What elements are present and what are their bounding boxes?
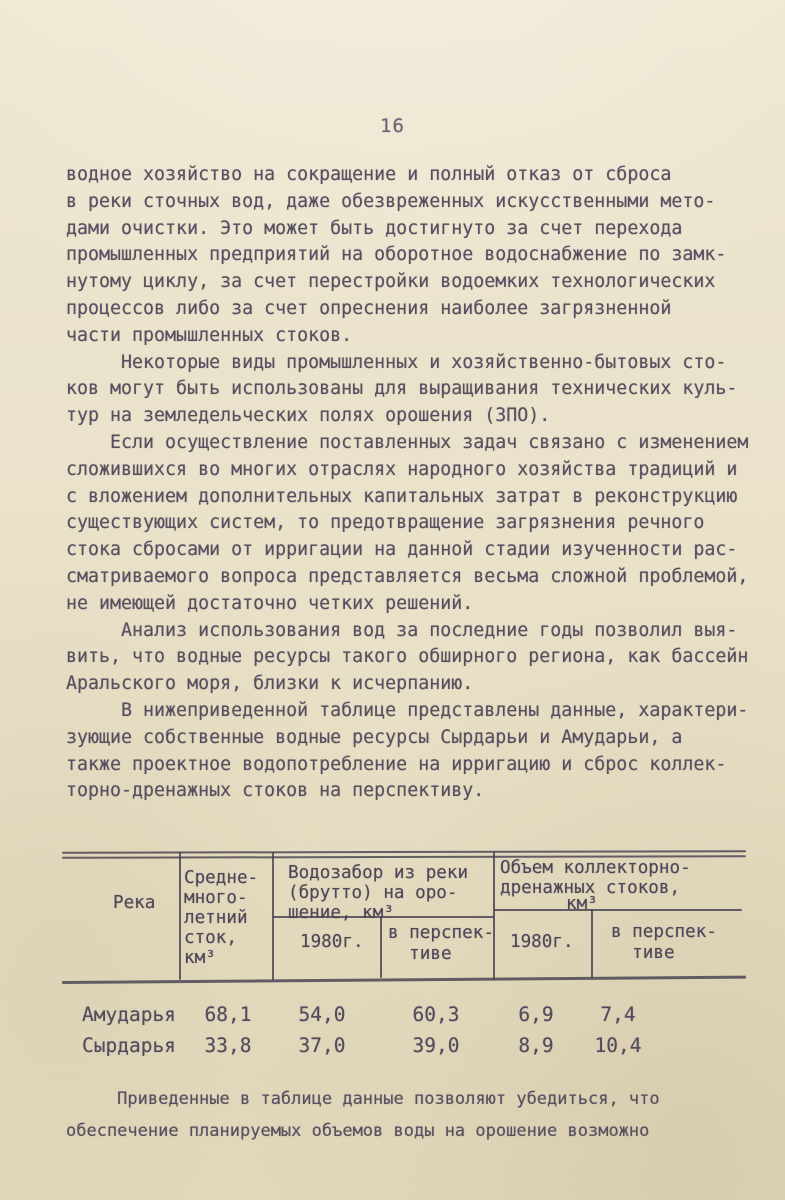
table-vline-withdraw-sub [380, 916, 382, 978]
header-1980-drainage: 1980г. [510, 932, 574, 952]
header-1980-withdrawal: 1980г. [300, 932, 364, 952]
row-syrdarya-name: Сырдарья [82, 1034, 176, 1057]
table-rule-subheader-right [494, 909, 742, 911]
row-syrdarya-withdraw-1980: 37,0 [280, 1034, 364, 1057]
header-withdrawal-group: Водозабор из реки (брутто) на оро- шение… [288, 863, 468, 923]
row-syrdarya-withdraw-persp: 39,0 [394, 1034, 478, 1057]
table-vline-river [179, 852, 181, 980]
row-syrdarya-mean-flow: 33,8 [186, 1034, 270, 1057]
row-amudarya-mean-flow: 68,1 [186, 1003, 270, 1026]
header-perspective-withdrawal: в перспек- тиве [388, 923, 494, 965]
header-mean-flow: Средне- много- летний сток, км³ [184, 868, 258, 968]
header-perspective-drainage: в перспек- тиве [611, 922, 717, 964]
scanned-document-page: 16 водное хозяйство на сокращение и полн… [0, 0, 785, 1200]
table-vline-meanflow [272, 852, 274, 980]
row-amudarya-drain-1980: 6,9 [494, 1003, 578, 1026]
row-amudarya-name: Амударья [82, 1003, 176, 1026]
table-rule-top-outer [62, 850, 746, 853]
table-rule-header-bottom [62, 976, 746, 984]
row-amudarya-withdraw-persp: 60,3 [394, 1003, 478, 1026]
header-river: Река [113, 893, 155, 913]
row-amudarya-drain-persp: 7,4 [576, 1003, 660, 1026]
header-drainage-line3: км³ [566, 894, 598, 914]
closing-paragraph: Приведенные в таблице данные позволяют у… [66, 1083, 726, 1147]
row-amudarya-withdraw-1980: 54,0 [280, 1003, 364, 1026]
row-syrdarya-drain-1980: 8,9 [494, 1034, 578, 1057]
table-vline-drain-sub [591, 909, 593, 978]
header-drainage-line1: Объем коллекторно- [500, 858, 691, 878]
row-syrdarya-drain-persp: 10,4 [576, 1034, 660, 1057]
water-resources-table: Река Средне- много- летний сток, км³ Вод… [0, 0, 785, 1200]
